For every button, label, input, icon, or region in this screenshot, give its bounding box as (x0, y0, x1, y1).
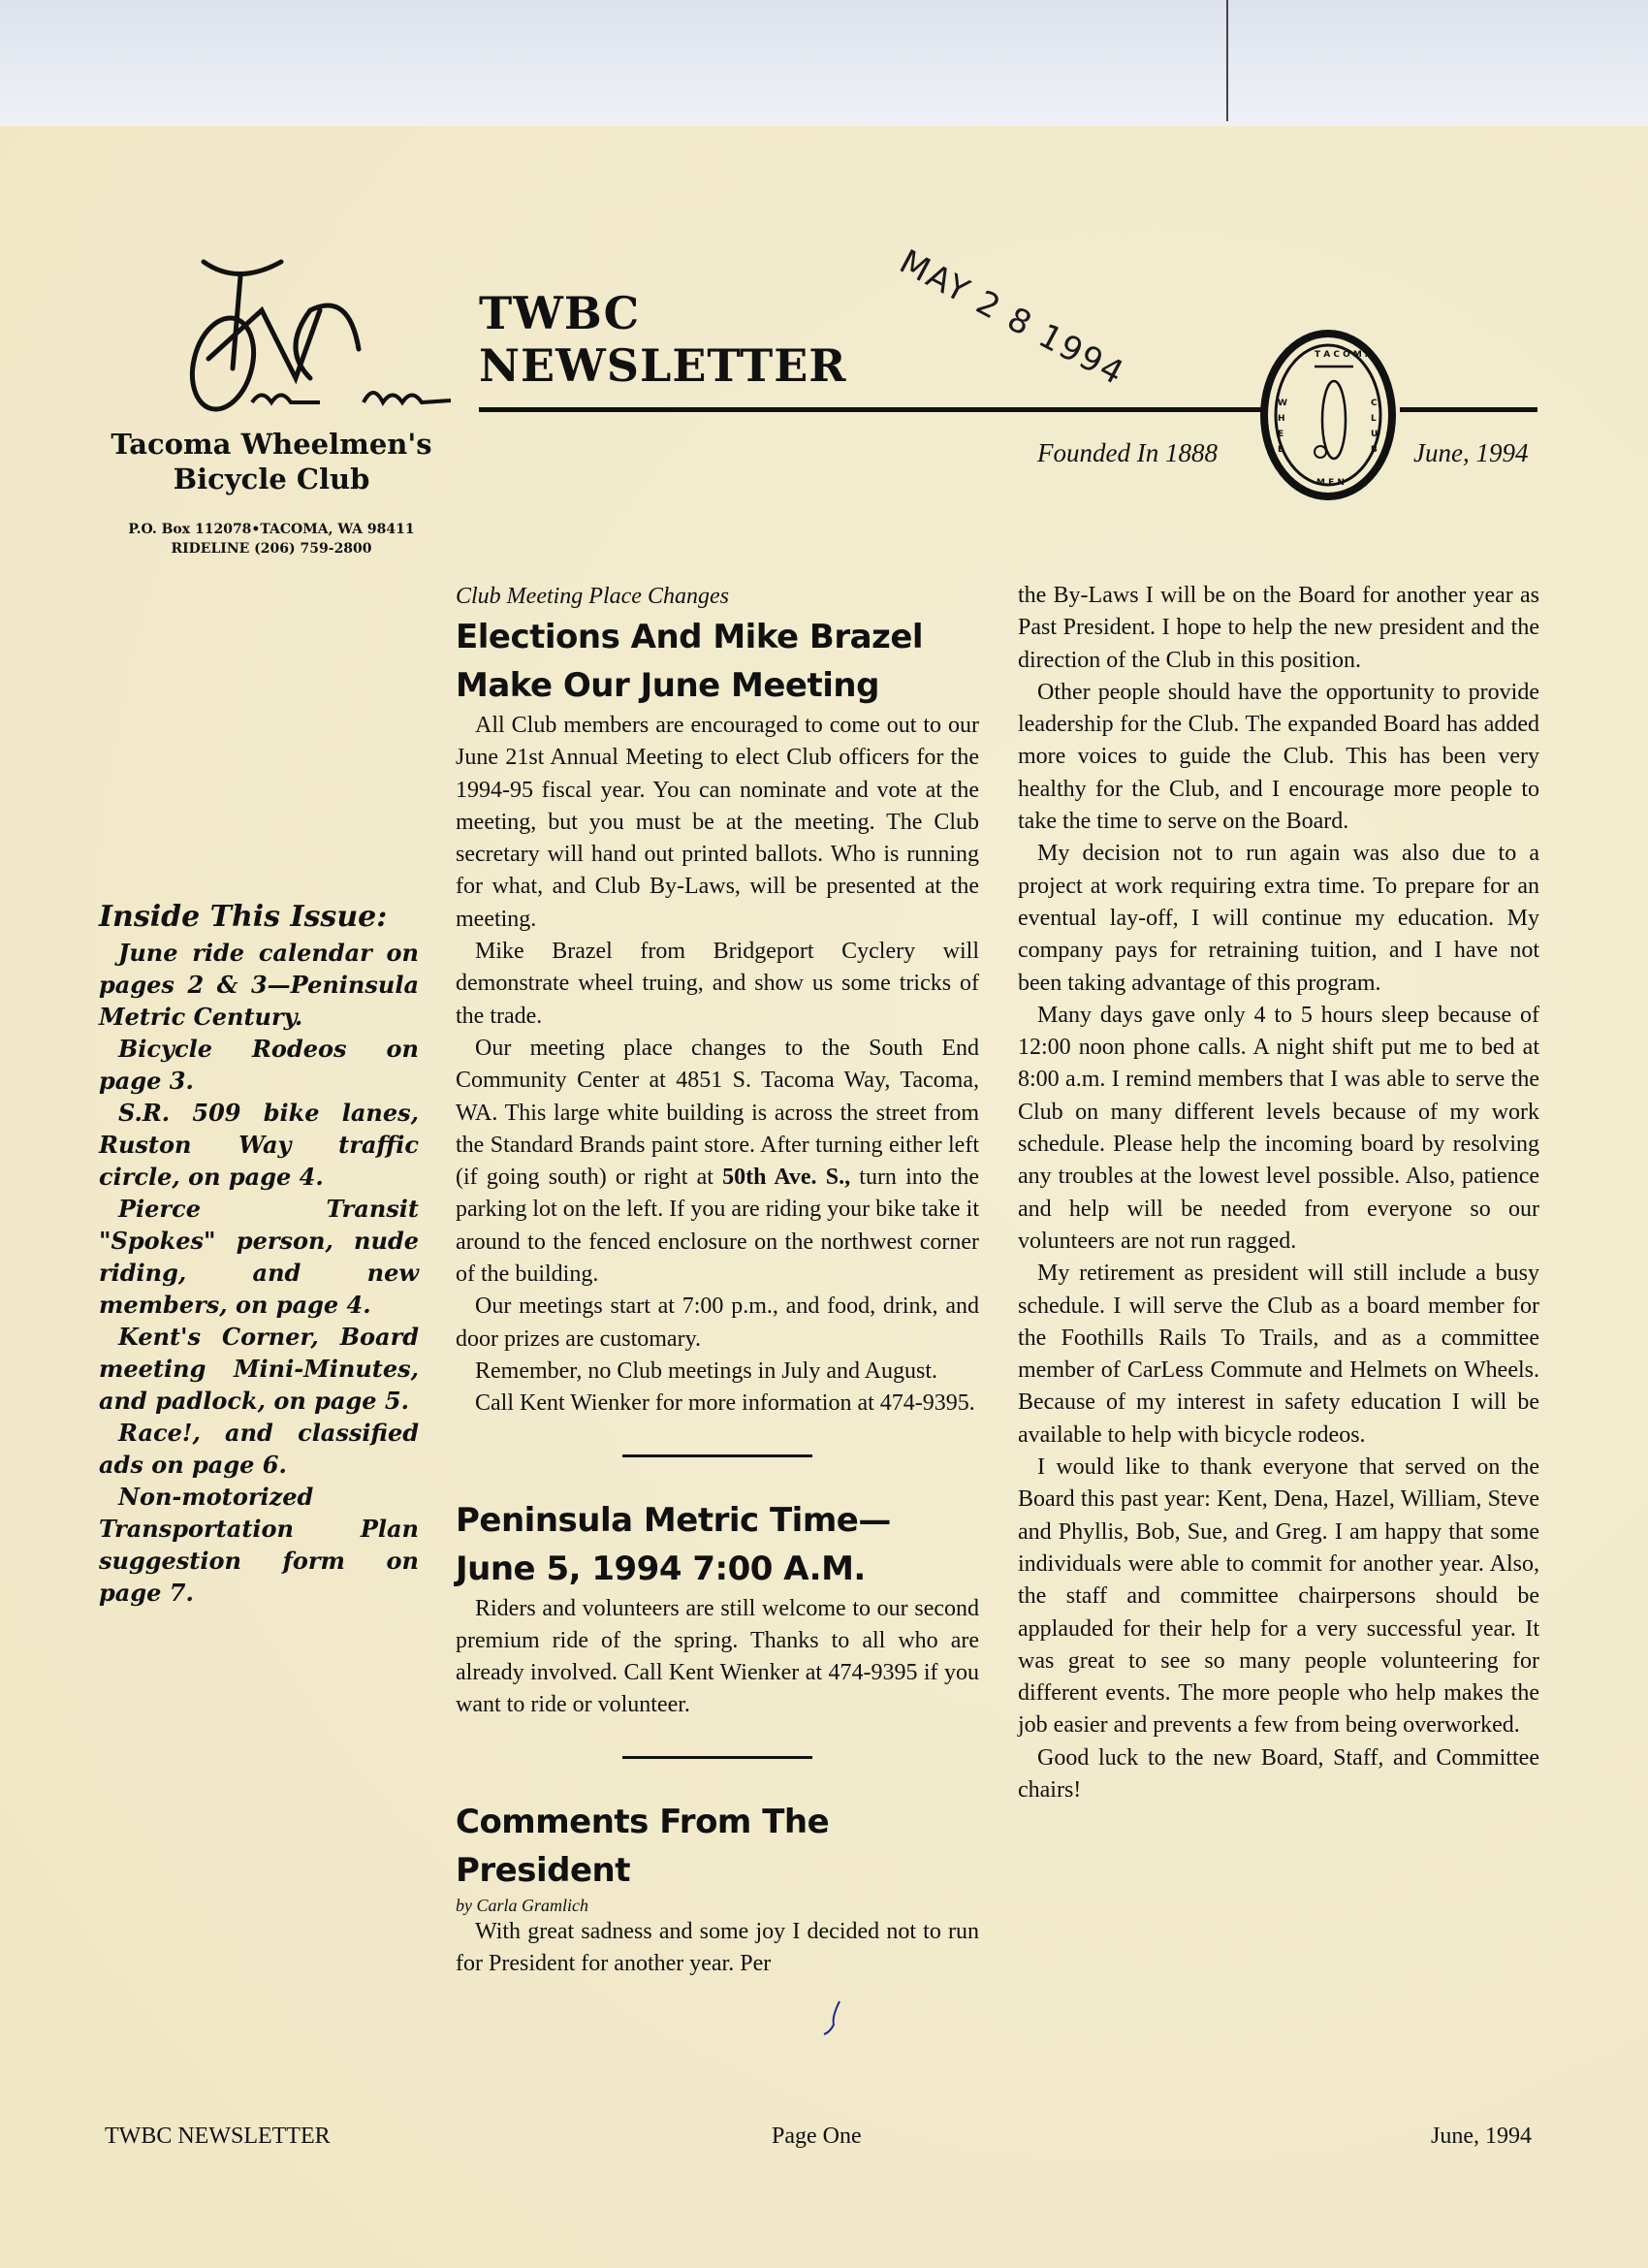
headline-line1: Elections And Mike Brazel (456, 618, 923, 656)
svg-text:W: W (1278, 399, 1287, 408)
svg-text:M E N: M E N (1316, 478, 1345, 488)
inside-this-issue-title: Inside This Issue: (99, 900, 419, 935)
bicycle-monogram-logo-icon (165, 242, 456, 417)
paragraph: Call Kent Wienker for more information a… (456, 1388, 979, 1420)
toc-item: June ride calendar on pages 2 & 3—Penins… (99, 937, 419, 1033)
paragraph: Many days gave only 4 to 5 hours sleep b… (1018, 1000, 1539, 1258)
headline-line1: Peninsula Metric Time— (456, 1501, 891, 1540)
svg-text:T A C O M A: T A C O M A (1315, 350, 1372, 360)
masthead-rule-left (479, 407, 1262, 412)
svg-text:L: L (1371, 414, 1377, 424)
footer-publication: TWBC NEWSLETTER (105, 2124, 331, 2150)
club-name: Tacoma Wheelmen's Bicycle Club (97, 427, 446, 496)
paragraph: My decision not to run again was also du… (1018, 838, 1539, 999)
headline-line2: June 5, 1994 7:00 A.M. (456, 1549, 866, 1588)
toc-item: Bicycle Rodeos on page 3. (99, 1033, 419, 1097)
article-president: Comments From The President by Carla Gra… (456, 1798, 979, 1981)
club-contact: P.O. Box 112078•TACOMA, WA 98411 RIDELIN… (97, 520, 446, 559)
article-headline: Elections And Mike Brazel Make Our June … (456, 613, 979, 710)
article-byline: by Carla Gramlich (456, 1895, 979, 1916)
club-name-line2: Bicycle Club (97, 462, 446, 496)
article-meeting: Club Meeting Place Changes Elections And… (456, 580, 979, 1421)
paragraph: Mike Brazel from Bridgeport Cyclery will… (456, 936, 979, 1033)
svg-text:B: B (1371, 445, 1378, 455)
toc-item: Pierce Transit "Spokes" person, nude rid… (99, 1193, 419, 1321)
toc-item: Non-motorized Transportation Plan sugges… (99, 1481, 419, 1609)
paragraph: Our meetings start at 7:00 p.m., and foo… (456, 1291, 979, 1356)
inside-this-issue: Inside This Issue: June ride calendar on… (99, 900, 419, 1609)
club-address: P.O. Box 112078•TACOMA, WA 98411 (97, 520, 446, 539)
founded-text: Founded In 1888 (1037, 438, 1218, 468)
penny-farthing-seal-icon: T A C O M A CLUB WHEE M E N (1256, 328, 1400, 502)
svg-text:H: H (1278, 414, 1285, 424)
footer-page-number: Page One (772, 2124, 862, 2150)
svg-text:E: E (1278, 445, 1284, 455)
article-metric: Peninsula Metric Time— June 5, 1994 7:00… (456, 1496, 979, 1722)
article-headline: Comments From The President (456, 1798, 979, 1895)
svg-text:U: U (1371, 430, 1378, 439)
masthead-rule-right (1400, 407, 1537, 412)
scan-artifact-line (1226, 0, 1228, 121)
article-headline: Peninsula Metric Time— June 5, 1994 7:00… (456, 1496, 979, 1593)
club-rideline: RIDELINE (206) 759-2800 (97, 539, 446, 559)
article-kicker: Club Meeting Place Changes (456, 580, 979, 613)
svg-text:C: C (1371, 399, 1378, 408)
newsletter-title: TWBC NEWSLETTER (479, 287, 847, 392)
paragraph: I would like to thank everyone that serv… (1018, 1452, 1539, 1742)
paragraph: All Club members are encouraged to come … (456, 710, 979, 936)
scanner-background (0, 0, 1648, 126)
svg-text:E: E (1278, 430, 1284, 439)
title-line1: TWBC (479, 287, 847, 339)
title-line2: NEWSLETTER (479, 339, 847, 392)
toc-item: Race!, and classified ads on page 6. (99, 1417, 419, 1481)
paragraph-location: Our meeting place changes to the South E… (456, 1033, 979, 1291)
paragraph: Other people should have the opportunity… (1018, 677, 1539, 838)
location-street: 50th Ave. S., (722, 1165, 850, 1190)
middle-column: Club Meeting Place Changes Elections And… (456, 580, 979, 1980)
paragraph: With great sadness and some joy I decide… (456, 1916, 979, 1981)
paragraph: Remember, no Club meetings in July and A… (456, 1356, 979, 1388)
headline-line2: Make Our June Meeting (456, 666, 879, 705)
paragraph: Riders and volunteers are still welcome … (456, 1593, 979, 1722)
paragraph: Good luck to the new Board, Staff, and C… (1018, 1742, 1539, 1807)
toc-item: S.R. 509 bike lanes, Ruston Way traffic … (99, 1097, 419, 1193)
club-name-line1: Tacoma Wheelmen's (97, 427, 446, 462)
pen-check-mark (822, 1999, 841, 2038)
toc-item: Kent's Corner, Board meeting Mini-Minute… (99, 1321, 419, 1417)
footer-date: June, 1994 (1431, 2124, 1532, 2150)
paragraph: My retirement as president will still in… (1018, 1258, 1539, 1452)
paragraph: the By-Laws I will be on the Board for a… (1018, 580, 1539, 677)
section-divider (622, 1756, 812, 1759)
issue-date: June, 1994 (1413, 438, 1528, 468)
section-divider (622, 1454, 812, 1457)
right-column: the By-Laws I will be on the Board for a… (1018, 580, 1539, 1806)
